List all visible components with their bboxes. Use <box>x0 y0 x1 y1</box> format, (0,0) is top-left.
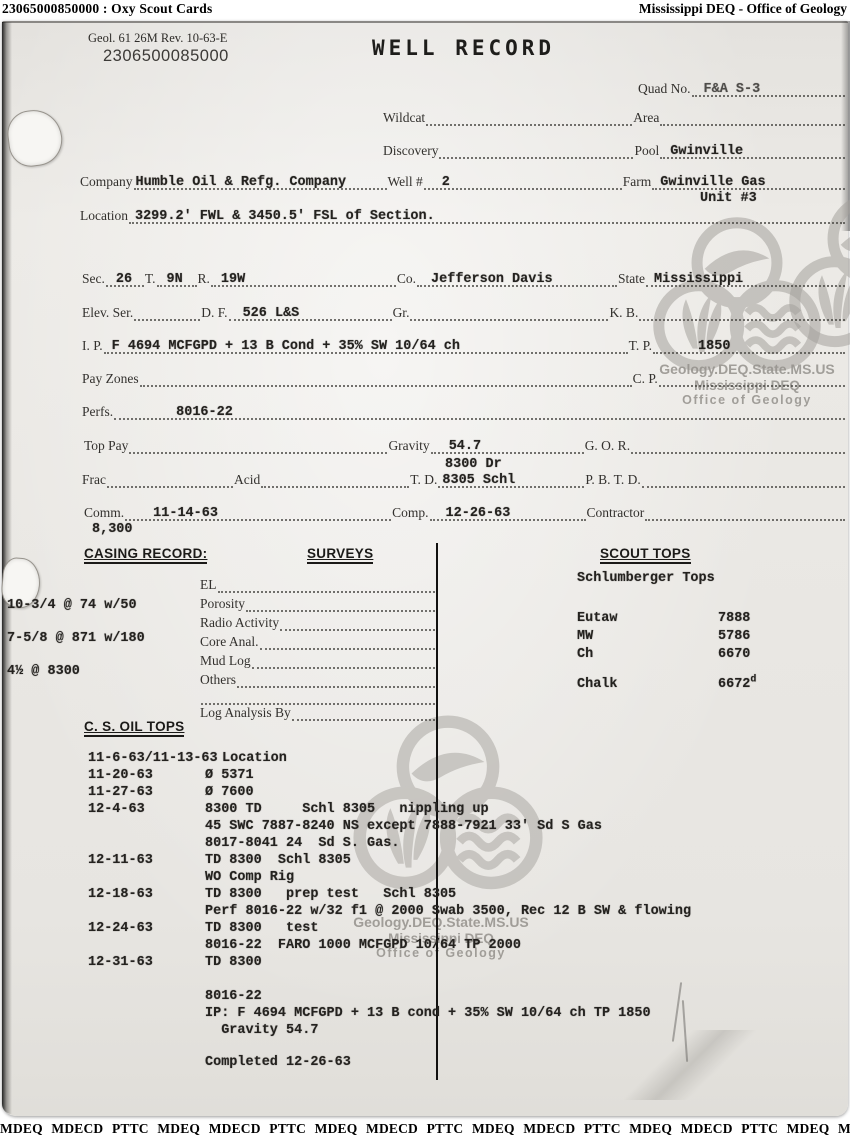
oil-tops-row: Gravity 54.7 <box>88 1020 318 1036</box>
comm-note: 8,300 <box>92 522 133 538</box>
typed-value: 2 <box>442 175 450 191</box>
oil-tops-row: 12-18-63TD 8300 prep test Schl 8305 <box>88 884 456 900</box>
typed-value: 1850 <box>698 339 730 355</box>
typed-value: 12-26-63 <box>446 506 511 522</box>
typed-value: Mississippi <box>654 272 743 288</box>
oil-tops-row: 8016-22 <box>88 986 262 1002</box>
field-wildcat-area: Wildcat Area <box>383 110 846 126</box>
typed-value: F&A S-3 <box>704 82 761 98</box>
scout-top-row: MW5786 <box>577 624 827 640</box>
field-comm-comp-contractor: Comm. 11-14-63 Comp. 12-26-63 Contractor <box>84 505 846 521</box>
oil-tops-row: 12-24-63TD 8300 test <box>88 918 318 934</box>
oil-tops-row: 45 SWC 7887-8240 NS except 7888-7921 33'… <box>88 816 602 832</box>
field-toppay-gravity-gor: Top Pay Gravity 54.7 G. O. R. <box>84 438 846 454</box>
survey-row: Mud Log <box>200 652 436 669</box>
survey-row: Radio Activity <box>200 614 436 631</box>
oil-tops-row: 12-11-63TD 8300 Schl 8305 <box>88 850 351 866</box>
field-section-row: Sec. 26 T. 9N R. 19W Co. Jefferson Davis… <box>82 271 846 287</box>
farm-value-line2: Unit #3 <box>700 191 757 207</box>
typed-value: Gwinville <box>670 144 743 160</box>
oil-tops-row: 11-6-63/11-13-63Location <box>88 748 287 764</box>
scout-top-row: Chalk6672d <box>577 672 827 688</box>
survey-row: EL <box>200 576 436 593</box>
scout-tops-subtitle: Schlumberger Tops <box>577 571 715 587</box>
typed-value: 526 L&S <box>243 306 300 322</box>
api-number: 2306500085000 <box>103 47 229 66</box>
page-title: WELL RECORD <box>372 36 555 60</box>
scout-tops-title: SCOUT TOPS <box>600 546 691 564</box>
field-company-well-farm: Company Humble Oil & Refg. Company Well … <box>80 174 846 190</box>
oil-tops-row: 12-4-638300 TD Schl 8305 nippling up <box>88 799 489 815</box>
scanned-document-page: 23065000850000 : Oxy Scout Cards Mississ… <box>0 0 850 1143</box>
typed-value: 9N <box>167 272 183 288</box>
survey-row: Porosity <box>200 595 436 612</box>
scout-top-row: Eutaw7888 <box>577 606 827 622</box>
survey-row: Core Anal. <box>200 633 436 650</box>
document-id-text: 23065000850000 : Oxy Scout Cards <box>2 1 212 17</box>
typed-value: 8016-22 <box>176 405 233 421</box>
typed-value: Humble Oil & Refg. Company <box>136 175 347 191</box>
survey-row <box>200 688 436 705</box>
oil-tops-row: 8016-22 FARO 1000 MCFGPD 10/64 TP 2000 <box>88 935 521 951</box>
cs-oil-tops-title: C. S. OIL TOPS <box>84 719 184 737</box>
paper-crease <box>560 1030 820 1100</box>
oil-tops-row: 12-31-63TD 8300 <box>88 952 262 968</box>
field-discovery-pool: Discovery Pool Gwinville <box>383 143 846 159</box>
footer-text: MDEQ MDECD PTTC MDEQ MDECD PTTC MDEQ MDE… <box>0 1121 850 1136</box>
survey-row: Others <box>200 671 436 688</box>
field-perfs: Perfs. 8016-22 <box>82 404 846 420</box>
form-number: Geol. 61 26M Rev. 10-63-E <box>88 31 227 46</box>
typed-value: Gwinville Gas <box>660 175 765 191</box>
casing-entry: 4½ @ 8300 <box>7 664 80 680</box>
oil-tops-row: IP: F 4694 MCFGPD + 13 B cond + 35% SW 1… <box>88 1003 651 1019</box>
typed-value: Jefferson Davis <box>431 272 553 288</box>
typed-value: 54.7 <box>449 439 481 455</box>
field-elevation-row: Elev. Ser. D. F. 526 L&S Gr. K. B. <box>82 305 846 321</box>
field-quad-no: Quad No. F&A S-3 <box>638 81 846 97</box>
td-value-above: 8300 Dr <box>445 457 502 473</box>
footer-bar: MDEQ MDECD PTTC MDEQ MDECD PTTC MDEQ MDE… <box>0 1121 850 1143</box>
field-location: Location 3299.2' FWL & 3450.5' FSL of Se… <box>80 208 846 224</box>
typed-value: 3299.2' FWL & 3450.5' FSL of Section. <box>135 209 435 225</box>
oil-tops-row: 11-20-63Ø 5371 <box>88 765 254 781</box>
survey-row: Log Analysis By <box>200 704 436 721</box>
oil-tops-row: Completed 12-26-63 <box>88 1052 351 1068</box>
typed-value: F 4694 MCFGPD + 13 B Cond + 35% SW 10/64… <box>112 339 460 355</box>
field-ip-tp-row: I. P. F 4694 MCFGPD + 13 B Cond + 35% SW… <box>82 338 846 354</box>
field-frac-acid-td-pbtd: Frac Acid T. D. 8305 Schl P. B. T. D. <box>82 472 846 488</box>
casing-entry: 7-5/8 @ 871 w/180 <box>7 631 145 647</box>
oil-tops-row: 8017-8041 24 Sd S. Gas. <box>88 833 399 849</box>
oil-tops-row: Perf 8016-22 w/32 f1 @ 2000 Swab 3500, R… <box>88 901 691 917</box>
typed-value: 8305 Schl <box>442 473 515 489</box>
agency-name-text: Mississippi DEQ - Office of Geology <box>639 1 847 17</box>
typed-value: 19W <box>221 272 245 288</box>
surveys-title: SURVEYS <box>307 546 373 564</box>
header-bar: 23065000850000 : Oxy Scout Cards Mississ… <box>0 0 850 20</box>
oil-tops-row: 11-27-63Ø 7600 <box>88 782 254 798</box>
casing-record-title: CASING RECORD: <box>84 546 207 564</box>
typed-value: 26 <box>116 272 132 288</box>
typed-value: 11-14-63 <box>153 506 218 522</box>
oil-tops-row: WO Comp Rig <box>88 867 294 883</box>
scout-top-row: Ch6670 <box>577 642 827 658</box>
casing-entry: 10-3/4 @ 74 w/50 <box>7 598 137 614</box>
field-payzones-cp-row: Pay Zones C. P. <box>82 371 846 387</box>
